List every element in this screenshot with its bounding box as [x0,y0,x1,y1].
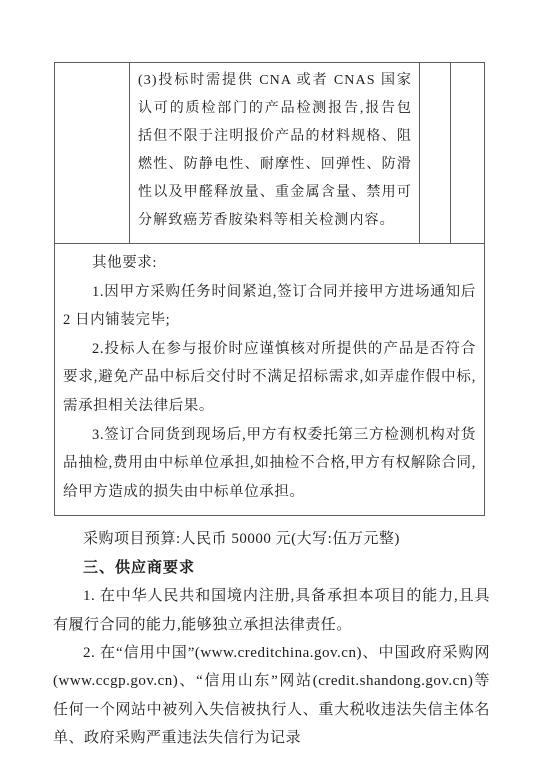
page-content: (3)投标时需提供 CNA 或者 CNAS 国家认可的质检部门的产品检测报告,报… [53,62,490,753]
table-row-other-requirements: 其他要求: 1.因甲方采购任务时间紧迫,签订合同并接甲方进场通知后 2 日内铺装… [55,244,484,515]
table-row-spec: (3)投标时需提供 CNA 或者 CNAS 国家认可的质检部门的产品检测报告,报… [55,63,484,244]
requirement-item: 2.投标人在参与报价时应谨慎核对所提供的产品是否符合要求,避免产品中标后交付时不… [63,335,476,421]
requirements-table: (3)投标时需提供 CNA 或者 CNAS 国家认可的质检部门的产品检测报告,报… [54,62,485,516]
body-text: 采购项目预算:人民币 50000 元(大写:伍万元整) 三、供应商要求 1. 在… [53,525,490,752]
table-cell-empty-col4 [451,63,484,243]
other-requirements-heading: 其他要求: [63,249,476,278]
table-cell-empty-left [55,63,130,243]
table-cell-spec-text: (3)投标时需提供 CNA 或者 CNAS 国家认可的质检部门的产品检测报告,报… [130,63,420,243]
table-cell-empty-col3 [420,63,451,243]
supplier-requirement-paragraph: 2. 在“信用中国”(www.creditchina.gov.cn)、中国政府采… [53,639,490,753]
supplier-requirement-paragraph: 1. 在中华人民共和国境内注册,具备承担本项目的能力,且具有履行合同的能力,能够… [53,582,490,639]
section-heading-supplier-requirements: 三、供应商要求 [53,554,490,582]
document-page: (3)投标时需提供 CNA 或者 CNAS 国家认可的质检部门的产品检测报告,报… [0,0,543,768]
budget-line: 采购项目预算:人民币 50000 元(大写:伍万元整) [53,525,490,553]
requirement-item: 1.因甲方采购任务时间紧迫,签订合同并接甲方进场通知后 2 日内铺装完毕; [63,278,476,335]
requirement-item: 3.签订合同货到现场后,甲方有权委托第三方检测机构对货品抽检,费用由中标单位承担… [63,421,476,507]
